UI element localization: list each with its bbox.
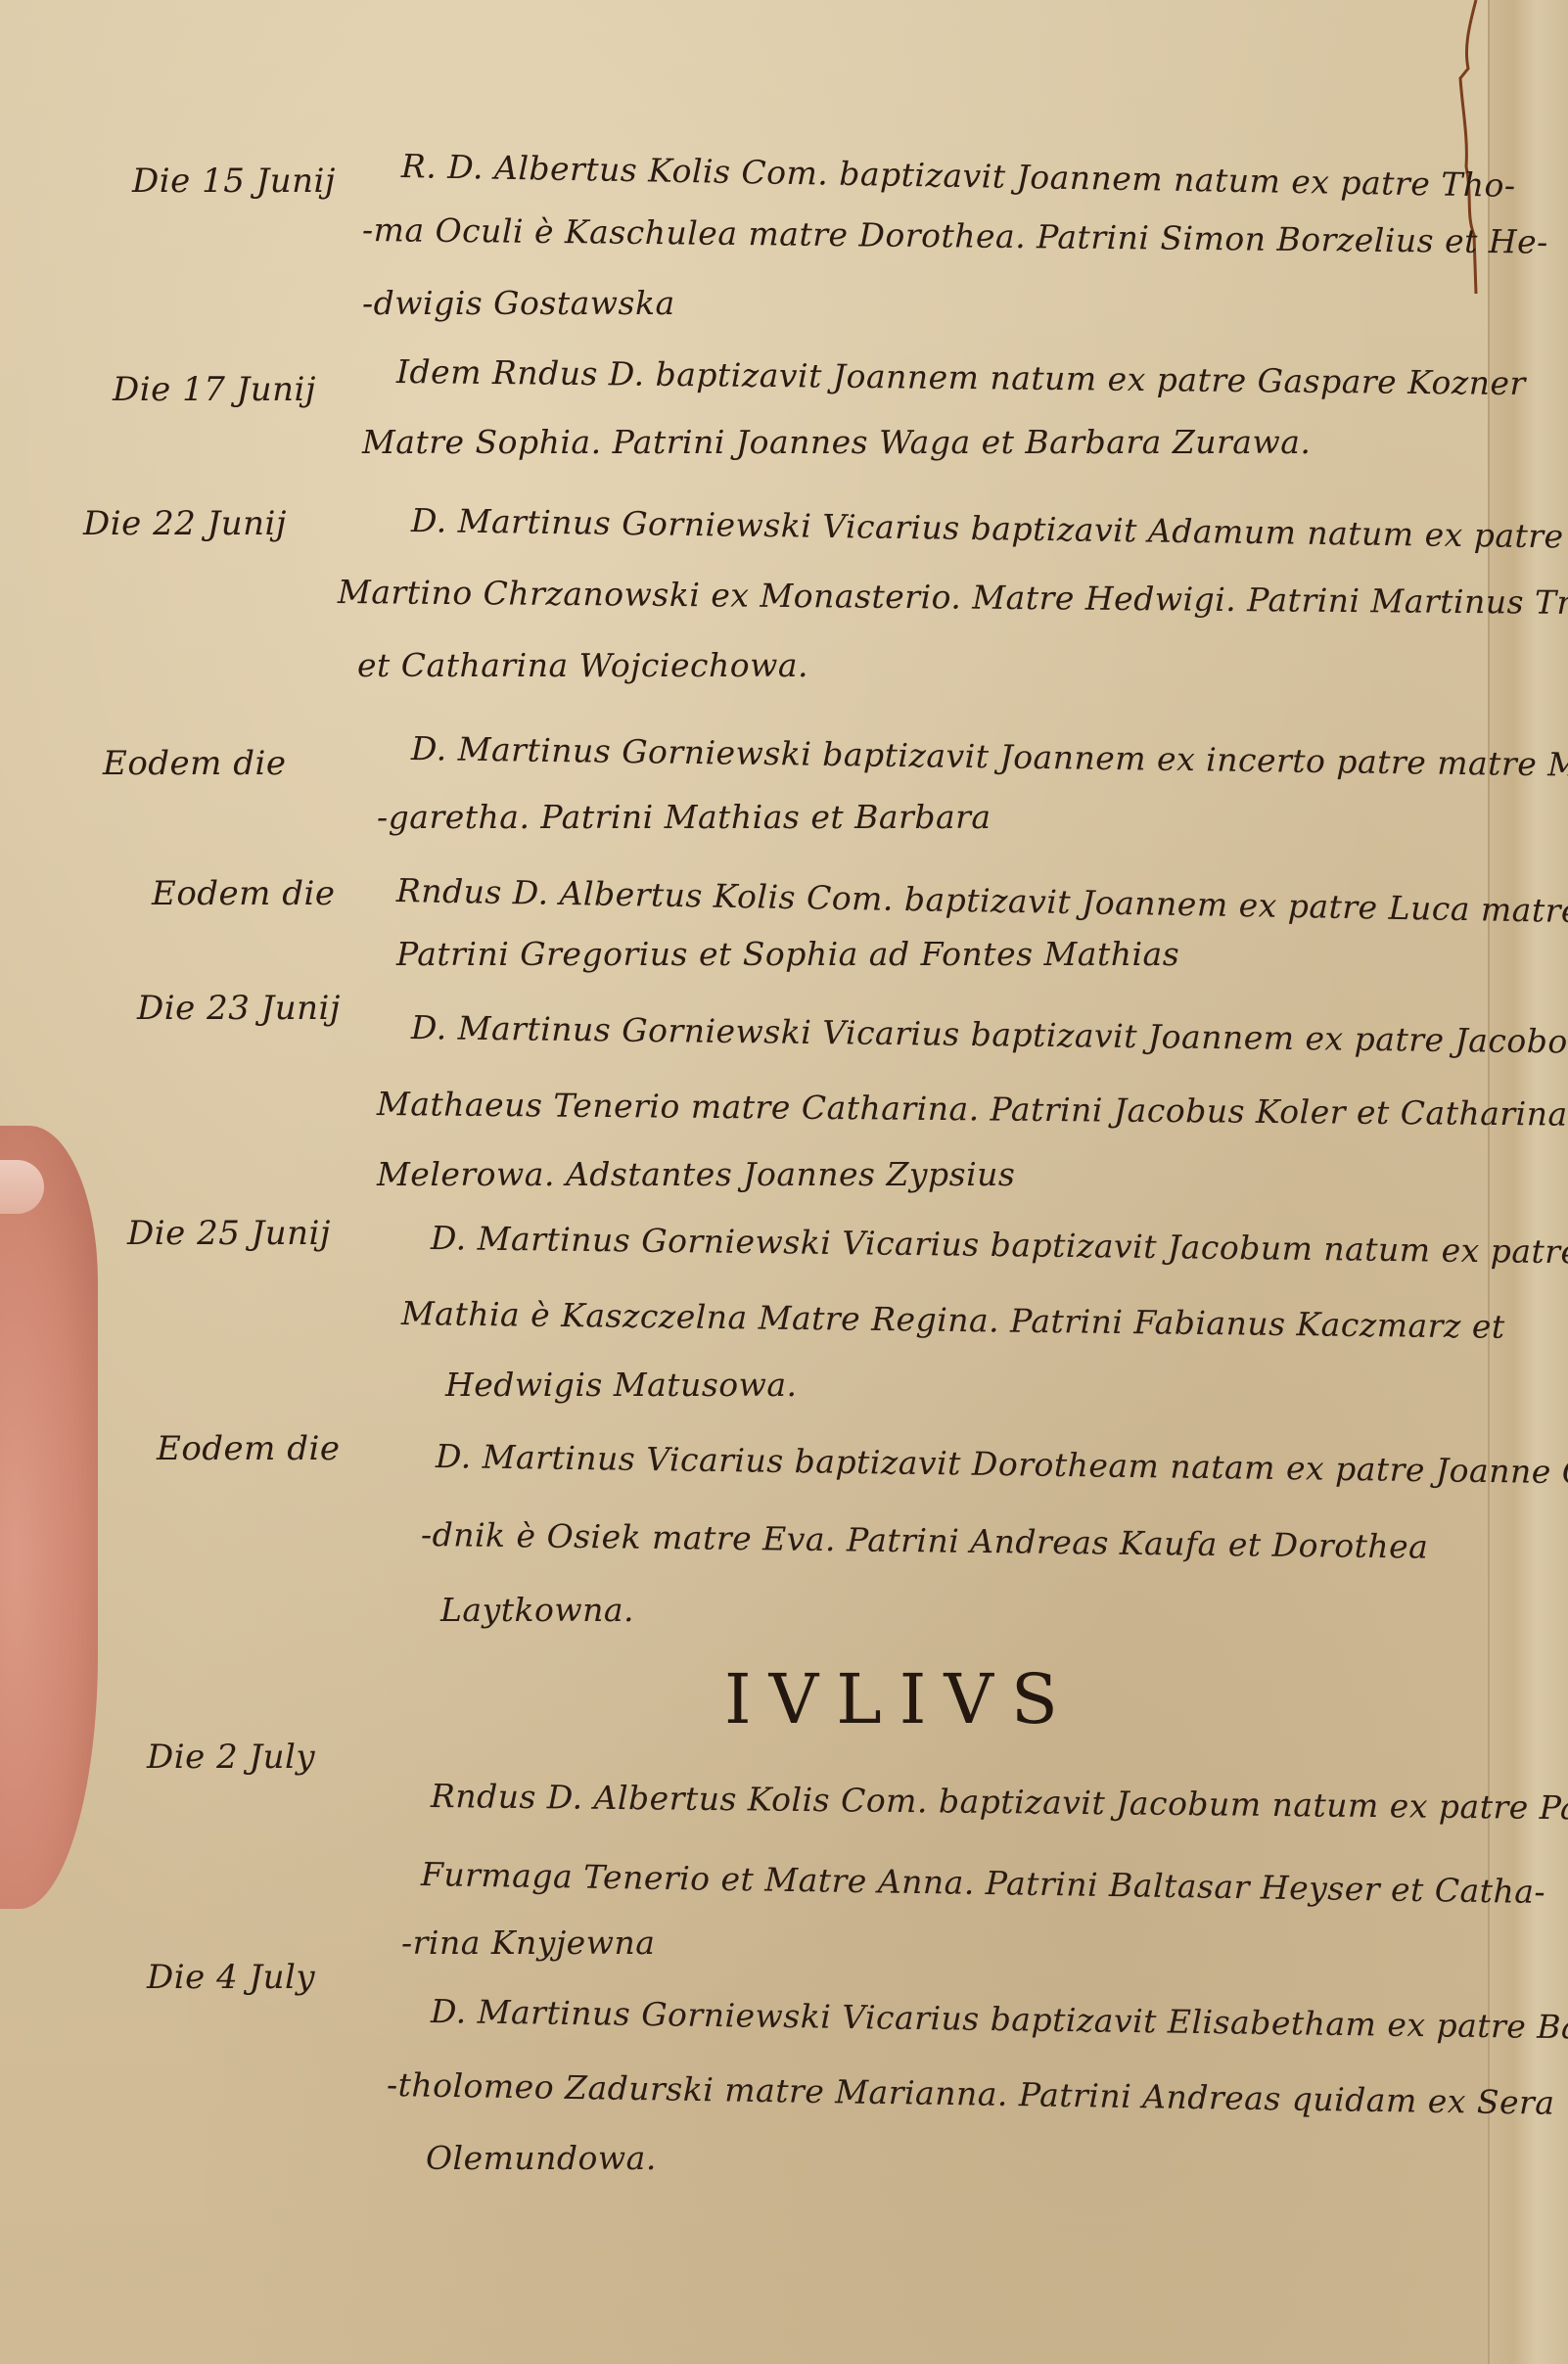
entry-line: Matre Sophia. Patrini Joannes Waga et Ba… [362, 423, 1311, 461]
entry-line: Hedwigis Matusowa. [445, 1366, 798, 1404]
entry-line: Rndus D. Albertus Kolis Com. baptizavit … [431, 1777, 1568, 1828]
entry-line: -dwigis Gostawska [362, 284, 675, 322]
entry-line: Mathia è Kaszczelna Matre Regina. Patrin… [401, 1294, 1505, 1346]
entry-line: Idem Rndus D. baptizavit Joannem natum e… [396, 352, 1526, 402]
entry-date: Die 23 Junij [137, 989, 341, 1028]
thumb [0, 1126, 98, 1909]
month-heading: IVLIVS [724, 1659, 1076, 1739]
entry-line: D. Martinus Gorniewski Vicarius baptizav… [431, 1992, 1568, 2047]
register-page: Die 15 Junij R. D. Albertus Kolis Com. b… [0, 0, 1568, 2364]
entry-date: Die 25 Junij [127, 1214, 331, 1253]
entry-line: D. Martinus Vicarius baptizavit Dorothea… [436, 1437, 1568, 1492]
entry-line: D. Martinus Gorniewski baptizavit Joanne… [411, 729, 1568, 784]
entry-line: Olemundowa. [426, 2139, 657, 2177]
entry-line: -tholomeo Zadurski matre Marianna. Patri… [387, 2065, 1555, 2122]
entry-line: Mathaeus Tenerio matre Catharina. Patrin… [377, 1085, 1568, 1134]
entry-line: Patrini Gregorius et Sophia ad Fontes Ma… [396, 935, 1179, 973]
entry-line: Furmaga Tenerio et Matre Anna. Patrini B… [421, 1855, 1546, 1911]
entry-line: Martino Chrzanowski ex Monasterio. Matre… [338, 573, 1568, 623]
entry-line: -rina Knyjewna [401, 1924, 655, 1962]
entry-date: Eodem die [152, 874, 335, 913]
entry-date: Die 4 July [147, 1958, 315, 1997]
entry-date: Die 15 Junij [132, 162, 336, 201]
entry-line: Rndus D. Albertus Kolis Com. baptizavit … [396, 871, 1568, 932]
entry-date: Die 22 Junij [83, 504, 287, 543]
entry-line: R. D. Albertus Kolis Com. baptizavit Joa… [401, 147, 1516, 205]
entry-date: Eodem die [157, 1429, 340, 1468]
entry-line: D. Martinus Gorniewski Vicarius baptizav… [411, 1008, 1568, 1060]
entry-date: Eodem die [103, 744, 286, 783]
entry-line: -garetha. Patrini Mathias et Barbara [377, 798, 992, 836]
entry-line: -dnik è Osiek matre Eva. Patrini Andreas… [421, 1515, 1429, 1566]
entry-line: Melerowa. Adstantes Joannes Zypsius [377, 1155, 1015, 1193]
entry-date: Die 17 Junij [113, 370, 316, 409]
entry-line: et Catharina Wojciechowa. [357, 646, 808, 684]
entry-line: -ma Oculi è Kaschulea matre Dorothea. Pa… [362, 210, 1548, 261]
entry-date: Die 2 July [147, 1738, 315, 1777]
entry-line: D. Martinus Gorniewski Vicarius baptizav… [431, 1219, 1568, 1271]
entry-line: D. Martinus Gorniewski Vicarius baptizav… [411, 501, 1564, 555]
entry-line: Laytkowna. [440, 1591, 634, 1629]
